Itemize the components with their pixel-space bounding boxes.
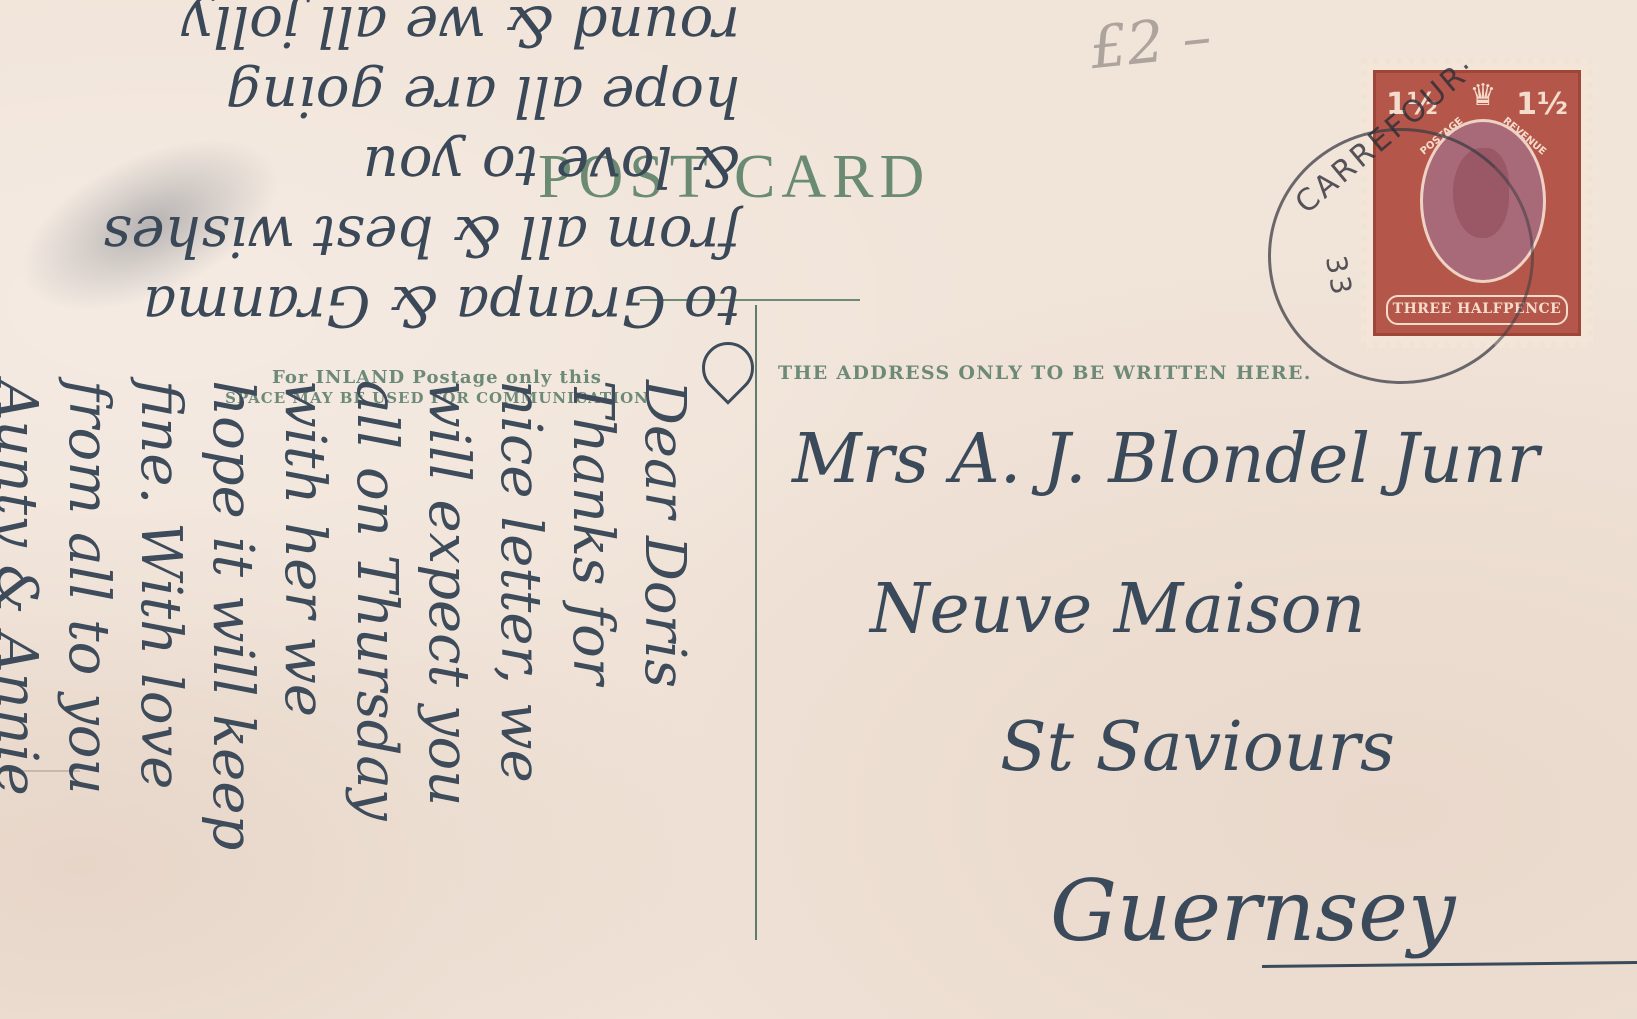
stamp-value-right: 1½ [1516,87,1568,122]
message-line: fine. With love [124,380,196,850]
message-line: with her we [268,380,340,850]
message-line: from all to you [52,380,124,850]
postcard-back: £2 – POST CARD For INLAND Postage only t… [0,0,1637,1019]
address-island: Guernsey [1050,862,1455,960]
address-recipient: Mrs A. J. Blondel Junr [792,420,1539,499]
message-line: all on Thursday [340,380,412,850]
message-line: will expect you [412,380,484,850]
center-divider [755,305,757,940]
postmark-date: 33 [1319,253,1359,300]
address-only-notice: THE ADDRESS ONLY TO BE WRITTEN HERE. [778,362,1312,384]
address-underline [1262,961,1637,968]
message-line: hope it will keep [196,380,268,850]
address-house: Neuve Maison [870,570,1365,649]
message-line: Aunty & Annie [0,380,52,850]
message-line: Dear Doris [628,380,700,850]
upside-line: from all & best wishes [103,200,740,270]
upside-line: to Granpa & Granma [103,270,740,340]
upside-line: & love to you [103,130,740,200]
message-main: Dear Doris Thanks for nice letter, we wi… [0,380,700,850]
message-line: nice letter, we [484,380,556,850]
message-line: Thanks for [556,380,628,850]
upside-line: round & we all jolly [103,0,740,60]
pencil-price-note: £2 – [1087,2,1215,82]
message-upside-down: to Granpa & Granma from all & best wishe… [103,0,740,340]
postmark-circle [1268,128,1534,384]
upside-line: hope all are going [103,60,740,130]
address-parish: St Saviours [1000,708,1395,787]
